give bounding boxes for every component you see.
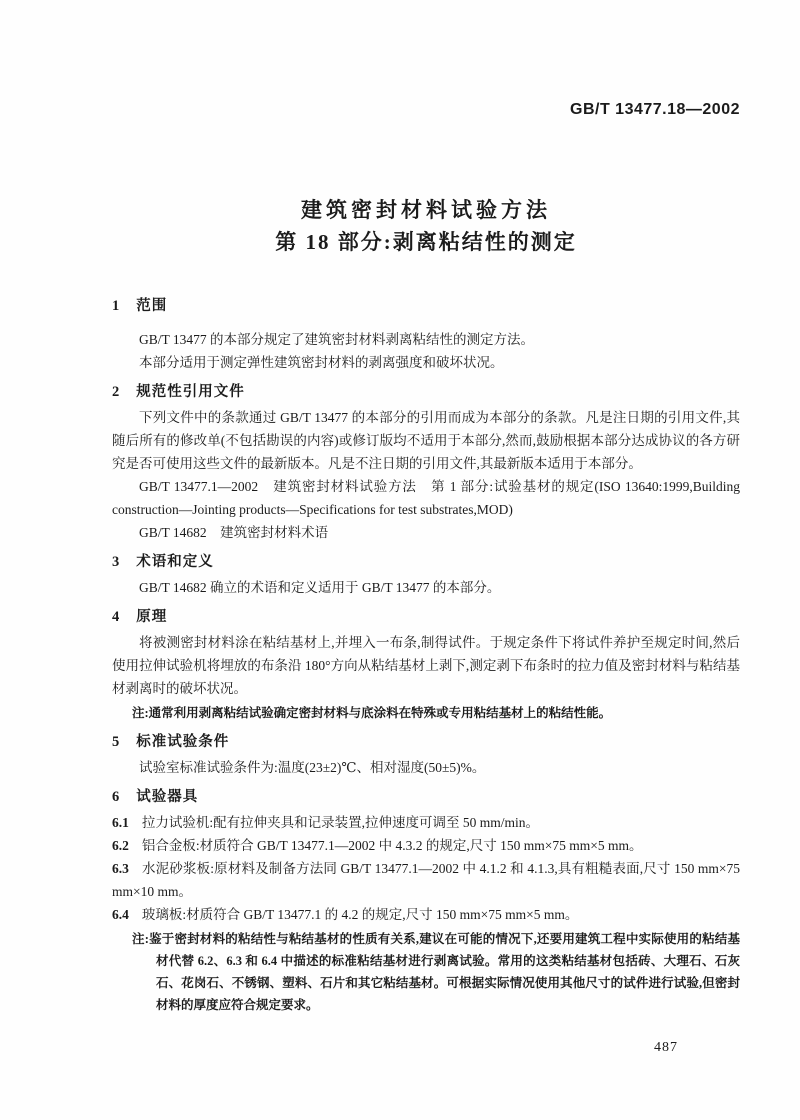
section-normative-references: 2规范性引用文件 下列文件中的条款通过 GB/T 13477 的本部分的引用而成… bbox=[112, 382, 740, 544]
principle-note: 注:通常利用剥离粘结试验确定密封材料与底涂料在特殊或专用粘结基材上的粘结性能。 bbox=[132, 702, 740, 724]
reference-entry-1: GB/T 13477.1—2002 建筑密封材料试验方法 第 1 部分:试验基材… bbox=[112, 475, 740, 521]
section-4-title: 原理 bbox=[136, 609, 167, 625]
section-1-heading: 1范围 bbox=[112, 296, 740, 316]
clause-item-6-2: 6.2铝合金板:材质符合 GB/T 13477.1—2002 中 4.3.2 的… bbox=[112, 834, 740, 857]
clause-text-6-3: 水泥砂浆板:原材料及制备方法同 GB/T 13477.1—2002 中 4.1.… bbox=[112, 861, 740, 899]
section-1-number: 1 bbox=[112, 298, 120, 314]
test-conditions-paragraph: 试验室标准试验条件为:温度(23±2)℃、相对湿度(50±5)%。 bbox=[112, 756, 740, 779]
standard-code: GB/T 13477.18—2002 bbox=[112, 100, 740, 120]
section-6-title: 试验器具 bbox=[136, 789, 198, 805]
section-3-heading: 3术语和定义 bbox=[112, 552, 740, 572]
clause-number-6-3: 6.3 bbox=[112, 861, 129, 876]
principle-paragraph: 将被测密封材料涂在粘结基材上,并埋入一布条,制得试件。于规定条件下将试件养护至规… bbox=[112, 631, 740, 700]
section-2-title: 规范性引用文件 bbox=[136, 384, 245, 400]
clause-text-6-4: 玻璃板:材质符合 GB/T 13477.1 的 4.2 的规定,尺寸 150 m… bbox=[142, 907, 579, 922]
section-principle: 4原理 将被测密封材料涂在粘结基材上,并埋入一布条,制得试件。于规定条件下将试件… bbox=[112, 607, 740, 724]
section-3-title: 术语和定义 bbox=[136, 554, 214, 570]
clause-item-6-3: 6.3水泥砂浆板:原材料及制备方法同 GB/T 13477.1—2002 中 4… bbox=[112, 857, 740, 903]
section-5-heading: 5标准试验条件 bbox=[112, 732, 740, 752]
title-line-1: 建筑密封材料试验方法 bbox=[112, 194, 740, 226]
section-4-heading: 4原理 bbox=[112, 607, 740, 627]
section-5-title: 标准试验条件 bbox=[136, 734, 229, 750]
section-scope: 1范围 GB/T 13477 的本部分规定了建筑密封材料剥离粘结性的测定方法。 … bbox=[112, 296, 740, 374]
section-2-heading: 2规范性引用文件 bbox=[112, 382, 740, 402]
clause-text-6-2: 铝合金板:材质符合 GB/T 13477.1—2002 中 4.3.2 的规定,… bbox=[142, 838, 643, 853]
section-test-apparatus: 6试验器具 6.1拉力试验机:配有拉伸夹具和记录装置,拉伸速度可调至 50 mm… bbox=[112, 787, 740, 1016]
section-1-title: 范围 bbox=[136, 298, 167, 314]
page-number: 487 bbox=[654, 1040, 678, 1056]
reference-entry-2: GB/T 14682 建筑密封材料术语 bbox=[112, 521, 740, 544]
section-standard-test-conditions: 5标准试验条件 试验室标准试验条件为:温度(23±2)℃、相对湿度(50±5)%… bbox=[112, 732, 740, 779]
document-title: 建筑密封材料试验方法 第 18 部分:剥离粘结性的测定 bbox=[112, 194, 740, 258]
apparatus-note: 注:鉴于密封材料的粘结性与粘结基材的性质有关系,建议在可能的情况下,还要用建筑工… bbox=[132, 928, 740, 1016]
scope-paragraph-2: 本部分适用于测定弹性建筑密封材料的剥离强度和破坏状况。 bbox=[112, 351, 740, 374]
document-page: GB/T 13477.18—2002 建筑密封材料试验方法 第 18 部分:剥离… bbox=[0, 0, 800, 1120]
page-content: GB/T 13477.18—2002 建筑密封材料试验方法 第 18 部分:剥离… bbox=[0, 100, 800, 1016]
clause-number-6-4: 6.4 bbox=[112, 907, 129, 922]
clause-number-6-1: 6.1 bbox=[112, 815, 129, 830]
section-5-number: 5 bbox=[112, 734, 120, 750]
section-terms-definitions: 3术语和定义 GB/T 14682 确立的术语和定义适用于 GB/T 13477… bbox=[112, 552, 740, 599]
scope-paragraph-1: GB/T 13477 的本部分规定了建筑密封材料剥离粘结性的测定方法。 bbox=[112, 328, 740, 351]
clause-number-6-2: 6.2 bbox=[112, 838, 129, 853]
title-line-2: 第 18 部分:剥离粘结性的测定 bbox=[112, 226, 740, 258]
section-2-number: 2 bbox=[112, 384, 120, 400]
section-4-number: 4 bbox=[112, 609, 120, 625]
clause-item-6-4: 6.4玻璃板:材质符合 GB/T 13477.1 的 4.2 的规定,尺寸 15… bbox=[112, 903, 740, 926]
section-6-heading: 6试验器具 bbox=[112, 787, 740, 807]
terms-paragraph: GB/T 14682 确立的术语和定义适用于 GB/T 13477 的本部分。 bbox=[112, 576, 740, 599]
clause-text-6-1: 拉力试验机:配有拉伸夹具和记录装置,拉伸速度可调至 50 mm/min。 bbox=[142, 815, 539, 830]
section-6-number: 6 bbox=[112, 789, 120, 805]
references-intro-paragraph: 下列文件中的条款通过 GB/T 13477 的本部分的引用而成为本部分的条款。凡… bbox=[112, 406, 740, 475]
clause-item-6-1: 6.1拉力试验机:配有拉伸夹具和记录装置,拉伸速度可调至 50 mm/min。 bbox=[112, 811, 740, 834]
section-3-number: 3 bbox=[112, 554, 120, 570]
